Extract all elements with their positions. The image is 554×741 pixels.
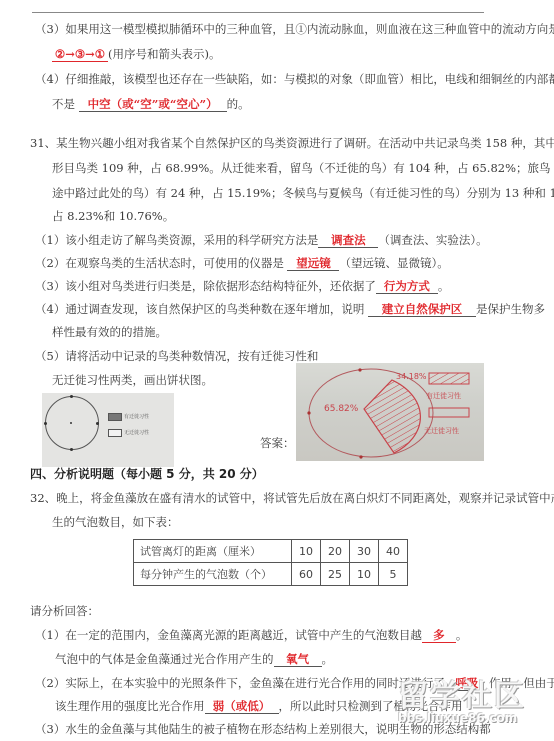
q32-number-intro: 32、晚上，将金鱼藻放在盛有清水的试管中，将试管先后放在离白炽灯不同距离处，观察…: [30, 491, 554, 505]
q32-part2b-answer: 弱（或低）: [205, 699, 279, 714]
q32-intro-1: 32、晚上，将金鱼藻放在盛有清水的试管中，将试管先后放在离白炽灯不同距离处，观察…: [30, 491, 554, 505]
q32-intro-2: 生的气泡数目，如下表：: [52, 515, 179, 529]
q30-part3-answer-line: ②→③→①(用序号和箭头表示)。: [52, 47, 220, 62]
q32-part1-text: （1）在一定的范围内，金鱼藻离光源的距离越近，试管中产生的气泡数目越: [35, 628, 422, 642]
q32-part2b-text: 该生理作用的强度比光合作用: [55, 699, 205, 713]
top-rule: [32, 12, 484, 13]
q31-part1: （1）该小组走访了解鸟类资源，采用的科学研究方法是调查法（调查法、实验法）。: [35, 233, 488, 248]
table-cell: 10: [292, 540, 321, 563]
q30-part4-suffix: 的。: [227, 97, 250, 111]
hand-drawn-pie-chart: 65.82% 34.18% 有迁徙习性 无迁徙习性: [296, 363, 484, 461]
table-row-label: 试管离灯的距离（厘米）: [134, 540, 292, 563]
q31-part1-suffix: （调查法、实验法）。: [378, 233, 487, 247]
q31-part1-answer: 调查法: [318, 233, 378, 248]
q30-part4-prefix: 不是: [52, 97, 75, 111]
photo-legend-non-migratory: 无迁徙习性: [424, 426, 459, 435]
bubble-data-table: 试管离灯的距离（厘米） 10 20 30 40 每分钟产生的气泡数（个） 60 …: [133, 539, 408, 586]
q30-part4-answer: 中空（或“空”或“空心”）: [79, 97, 227, 112]
q31-part4: （4）通过调查发现，该自然保护区的鸟类种数在逐年增加，说明 建立自然保护区是保护…: [35, 302, 545, 317]
section-4-title: 四、分析说明题（每小题 5 分，共 20 分）: [30, 467, 264, 481]
q31-intro-1: 31、某生物兴趣小组对我省某个自然保护区的鸟类资源进行了调研。在活动中共记录鸟类…: [30, 136, 554, 150]
legend-swatch-filled: [108, 413, 122, 421]
table-cell: 60: [292, 563, 321, 586]
circle-center-dot: [70, 422, 72, 424]
q32-part1: （1）在一定的范围内，金鱼藻离光源的距离越近，试管中产生的气泡数目越多。: [35, 628, 467, 643]
q31-intro-2: 形目鸟类 109 种，占 68.99%。从迁徙来看，留鸟（不迁徙的鸟）有 104…: [52, 161, 554, 175]
table-cell: 30: [350, 540, 379, 563]
table-cell: 25: [321, 563, 350, 586]
watermark-main: 留学社区: [398, 682, 526, 712]
q31-part4-answer: 建立自然保护区: [368, 302, 476, 317]
q30-part3-suffix: (用序号和箭头表示)。: [108, 47, 220, 61]
circle-mark-dot: [70, 448, 73, 451]
q32-part2-text: （2）实际上，在本实验中的光照条件下，金鱼藻在进行光合作用的同时还进行了: [35, 676, 445, 690]
legend-label-non-migratory: 无迁徙习性: [124, 429, 149, 436]
q31-part5-cont: 无迁徙习性两类，画出饼状图。: [52, 373, 213, 387]
slice-label-34: 34.18%: [396, 372, 427, 381]
q32-prompt: 请分析回答：: [30, 604, 99, 618]
table-row-label: 每分钟产生的气泡数（个）: [134, 563, 292, 586]
q31-part4-suffix: 是保护生物多: [476, 302, 545, 316]
q32-part1b-text: 气泡中的气体是金鱼藻通过光合作用产生的: [55, 652, 274, 666]
q31-part3-text: （3）该小组对鸟类进行归类是，除依据形态结构特征外，还依据了: [35, 279, 376, 293]
q31-part3: （3）该小组对鸟类进行归类是，除依据形态结构特征外，还依据了行为方式。: [35, 279, 449, 294]
slice-label-65: 65.82%: [324, 404, 359, 414]
watermark: 留学社区 bbs.liuxue86.com: [398, 682, 526, 724]
q30-part4-text: （4）仔细推敲，该模型也还存在一些缺陷，如：与模拟的对象（即血管）相比，电线和细…: [35, 72, 554, 86]
q32-part1-answer: 多: [422, 628, 456, 643]
legend-swatch-empty: [108, 429, 122, 437]
blank-pie-circle: [45, 396, 99, 450]
q30-part3-answer: ②→③→①: [52, 47, 108, 62]
q31-part3-answer: 行为方式: [376, 279, 438, 294]
q31-part2-answer: 望远镜: [287, 256, 339, 271]
answer-pie-chart-photo: 65.82% 34.18% 有迁徙习性 无迁徙习性: [296, 363, 484, 461]
q30-part3-text: （3）如果用这一模型模拟肺循环中的三种血管，且①内流动脉血，则血液在这三种血管中…: [35, 22, 554, 36]
circle-mark-dot: [44, 422, 47, 425]
q31-part4-text: （4）通过调查发现，该自然保护区的鸟类种数在逐年增加，说明: [35, 302, 364, 316]
q31-part2: （2）在观察鸟类的生活状态时，可使用的仪器是 望远镜（望远镜、显微镜）。: [35, 256, 449, 271]
q31-part4-cont: 样性最有效的的措施。: [52, 325, 167, 339]
table-cell: 10: [350, 563, 379, 586]
table-cell: 5: [379, 563, 408, 586]
circle-mark-dot: [70, 395, 73, 398]
q31-part2-text: （2）在观察鸟类的生活状态时，可使用的仪器是: [35, 256, 284, 270]
legend-label-migratory: 有迁徙习性: [124, 413, 149, 420]
photo-legend-migratory: 有迁徙习性: [426, 391, 461, 400]
q32-part1b: 气泡中的气体是金鱼藻通过光合作用产生的氧气。: [55, 652, 333, 667]
q32-part1-suffix: 。: [456, 628, 468, 642]
q31-intro-4: 占 8.23%和 10.76%。: [52, 209, 174, 223]
q31-part1-text: （1）该小组走访了解鸟类资源，采用的科学研究方法是: [35, 233, 318, 247]
q32-part1b-suffix: 。: [322, 652, 334, 666]
circle-mark-dot: [96, 422, 99, 425]
q32-part1b-answer: 氧气: [274, 652, 322, 667]
q31-part5-text: （5）请将活动中记录的鸟类种数情况，按有迁徙习性和: [35, 349, 318, 363]
watermark-url: bbs.liuxue86.com: [398, 712, 526, 724]
q31-intro-3: 途中路过此处的鸟）有 24 种，占 15.19%；冬候鸟与夏候鸟（有迁徙习性的鸟…: [52, 186, 554, 200]
q30-part4-answer-line: 不是 中空（或“空”或“空心”）的。: [52, 97, 250, 112]
table-cell: 40: [379, 540, 408, 563]
table-row: 每分钟产生的气泡数（个） 60 25 10 5: [134, 563, 408, 586]
answer-label: 答案：: [260, 436, 295, 450]
q31-part2-suffix: （望远镜、显微镜）。: [339, 256, 448, 270]
q31-part3-suffix: 。: [438, 279, 450, 293]
table-row: 试管离灯的距离（厘米） 10 20 30 40: [134, 540, 408, 563]
blank-pie-chart-figure: 有迁徙习性 无迁徙习性: [42, 393, 174, 467]
table-cell: 20: [321, 540, 350, 563]
